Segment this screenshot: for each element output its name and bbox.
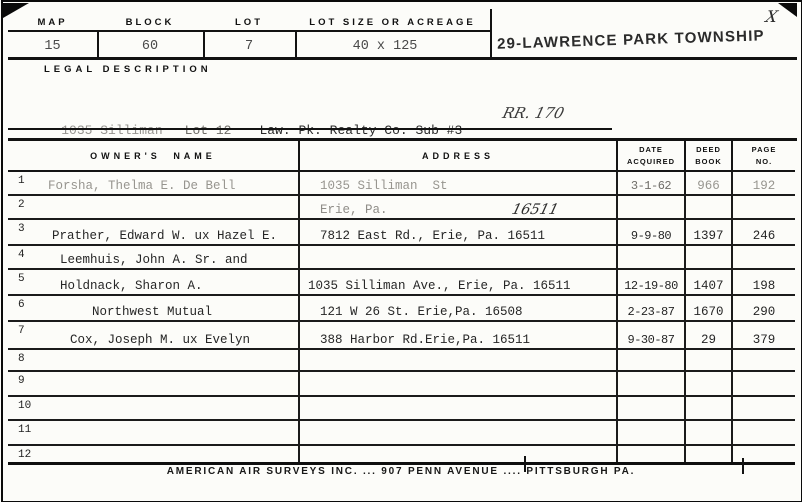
row-number: 3 — [8, 220, 30, 244]
table-row: 9 — [8, 372, 795, 397]
owner-name-cell — [30, 421, 300, 444]
header-rule-bottom — [8, 57, 797, 60]
deed-book-cell: 966 — [686, 172, 733, 194]
township-divider — [490, 9, 492, 58]
table-row: 5 Holdnack, Sharon A. 1035 Silliman Ave.… — [8, 270, 795, 296]
address-cell — [300, 350, 618, 370]
date-acquired-line1: DATE — [639, 144, 663, 155]
page-no-cell: 246 — [733, 220, 795, 244]
deed-book-cell — [686, 421, 733, 444]
address-cell: 1035 Silliman Ave., Erie, Pa. 16511 — [300, 270, 618, 294]
map-value: 15 — [8, 39, 97, 54]
date-acquired-line2: ACQUIRED — [627, 156, 675, 167]
date-acquired-cell — [618, 446, 686, 462]
legal-description-subdivision: Law. Pk. Realty Co. Sub #3 — [259, 123, 462, 138]
deed-book-cell: 1397 — [686, 220, 733, 244]
row-number: 10 — [8, 397, 30, 419]
page-no-cell: 198 — [733, 270, 795, 294]
header-rule-top — [8, 30, 490, 32]
row-number: 4 — [8, 246, 30, 268]
deed-book-cell — [686, 246, 733, 268]
owner-name-cell: Prather, Edward W. ux Hazel E. — [30, 220, 300, 244]
block-label: BLOCK — [97, 17, 203, 28]
row-number: 2 — [8, 196, 30, 218]
date-acquired-column-header: DATE ACQUIRED — [618, 141, 686, 170]
block-value: 60 — [97, 39, 203, 54]
property-record-card: X MAP BLOCK LOT LOT SIZE OR ACREAGE 15 6… — [0, 0, 802, 502]
owner-name-cell — [30, 397, 300, 419]
date-acquired-cell — [618, 196, 686, 218]
page-no-line2: NO. — [756, 156, 772, 167]
address-cell: 121 W 26 St. Erie,Pa. 16508 — [300, 296, 618, 320]
date-acquired-cell — [618, 246, 686, 268]
address-cell: 7812 East Rd., Erie, Pa. 16511 — [300, 220, 618, 244]
date-acquired-cell: 2-23-87 — [618, 296, 686, 320]
deed-book-cell: 29 — [686, 322, 733, 348]
deed-book-cell — [686, 372, 733, 395]
page-no-line1: PAGE — [752, 144, 777, 155]
legal-description-address: 1035 Silliman — [61, 123, 162, 138]
header-divider-3 — [295, 30, 297, 58]
table-row: 8 — [8, 350, 795, 372]
deed-book-column-header: DEED BOOK — [686, 141, 733, 170]
date-acquired-cell: 9-30-87 — [618, 322, 686, 348]
owner-name-cell — [30, 196, 300, 218]
legal-description-lot: Lot 12 — [185, 123, 232, 138]
header-divider-2 — [203, 30, 205, 58]
row-number: 6 — [8, 296, 30, 320]
address-column-header: ADDRESS — [300, 141, 618, 170]
header-divider-1 — [97, 30, 99, 58]
table-header-row: OWNER'S NAME ADDRESS DATE ACQUIRED DEED … — [8, 141, 795, 172]
row-number: 11 — [8, 421, 30, 444]
page-no-cell: 192 — [733, 172, 795, 194]
address-cell — [300, 421, 618, 444]
page-no-cell — [733, 397, 795, 419]
date-acquired-cell: 3-1-62 — [618, 172, 686, 194]
map-label: MAP — [8, 17, 97, 28]
table-row: 1 Forsha, Thelma E. De Bell 1035 Sillima… — [8, 172, 795, 196]
legal-description-label: LEGAL DESCRIPTION — [44, 64, 212, 75]
page-no-cell — [733, 246, 795, 268]
page-no-cell: 290 — [733, 296, 795, 320]
owner-name-column-header: OWNER'S NAME — [8, 141, 300, 170]
lot-size-label: LOT SIZE OR ACREAGE — [295, 17, 490, 28]
page-no-cell — [733, 372, 795, 395]
page-no-cell — [733, 350, 795, 370]
owner-name-cell: Holdnack, Sharon A. — [30, 270, 300, 294]
date-acquired-cell — [618, 397, 686, 419]
table-row: 3 Prather, Edward W. ux Hazel E. 7812 Ea… — [8, 220, 795, 246]
deed-book-cell — [686, 196, 733, 218]
date-acquired-cell — [618, 372, 686, 395]
owner-name-cell: Cox, Joseph M. ux Evelyn — [30, 322, 300, 348]
row-number: 9 — [8, 372, 30, 395]
lot-size-value: 40 x 125 — [295, 39, 475, 54]
address-typed: Erie, Pa. — [320, 203, 388, 217]
address-cell: Erie, Pa.16511 — [300, 196, 618, 218]
address-cell — [300, 446, 618, 462]
date-acquired-cell: 12-19-80 — [618, 270, 686, 294]
lot-value: 7 — [203, 39, 295, 54]
deed-book-line1: DEED — [696, 144, 721, 155]
table-row: 10 — [8, 397, 795, 421]
ownership-table-body: 1 Forsha, Thelma E. De Bell 1035 Sillima… — [8, 172, 795, 465]
date-acquired-cell: 9-9-80 — [618, 220, 686, 244]
table-row: 11 — [8, 421, 795, 446]
lot-label: LOT — [203, 17, 295, 28]
deed-book-cell: 1670 — [686, 296, 733, 320]
table-row: 12 — [8, 446, 795, 462]
scan-corner-mark-left — [3, 3, 29, 18]
legal-description-handwritten: RR. 170 — [501, 104, 566, 122]
date-acquired-cell — [618, 421, 686, 444]
date-acquired-cell — [618, 350, 686, 370]
owner-name-cell: Northwest Mutual — [30, 296, 300, 320]
deed-book-cell — [686, 446, 733, 462]
page-no-cell — [733, 196, 795, 218]
deed-book-cell: 1407 — [686, 270, 733, 294]
table-row: 2 Erie, Pa.16511 — [8, 196, 795, 220]
surveyor-footer-text: AMERICAN AIR SURVEYS INC. ... 907 PENN A… — [0, 466, 802, 477]
page-no-cell — [733, 421, 795, 444]
address-cell — [300, 397, 618, 419]
owner-name-cell — [30, 372, 300, 395]
address-cell — [300, 372, 618, 395]
deed-book-line2: BOOK — [695, 156, 722, 167]
row-number: 5 — [8, 270, 30, 294]
page-no-cell: 379 — [733, 322, 795, 348]
deed-book-cell — [686, 350, 733, 370]
handwritten-zip: 16511 — [510, 202, 560, 218]
owner-name-cell: Leemhuis, John A. Sr. and — [30, 246, 300, 268]
owner-name-cell — [30, 446, 300, 462]
row-number: 12 — [8, 446, 30, 462]
address-cell: 1035 Silliman St — [300, 172, 618, 194]
owner-name-cell — [30, 350, 300, 370]
owner-name-cell: Forsha, Thelma E. De Bell — [30, 172, 300, 194]
table-row: 7 Cox, Joseph M. ux Evelyn 388 Harbor Rd… — [8, 322, 795, 350]
address-cell: 388 Harbor Rd.Erie,Pa. 16511 — [300, 322, 618, 348]
address-cell — [300, 246, 618, 268]
row-number: 1 — [8, 172, 30, 194]
handwritten-x-mark: X — [764, 7, 779, 26]
legal-description-underline — [8, 128, 612, 130]
table-row: 6 Northwest Mutual 121 W 26 St. Erie,Pa.… — [8, 296, 795, 322]
deed-book-cell — [686, 397, 733, 419]
row-number: 7 — [8, 322, 30, 348]
township-stamp: 29-LAWRENCE PARK TOWNSHIP — [497, 26, 797, 52]
table-row: 4 Leemhuis, John A. Sr. and — [8, 246, 795, 270]
page-no-column-header: PAGE NO. — [733, 141, 795, 170]
scan-corner-mark-right — [778, 3, 797, 17]
row-number: 8 — [8, 350, 30, 370]
